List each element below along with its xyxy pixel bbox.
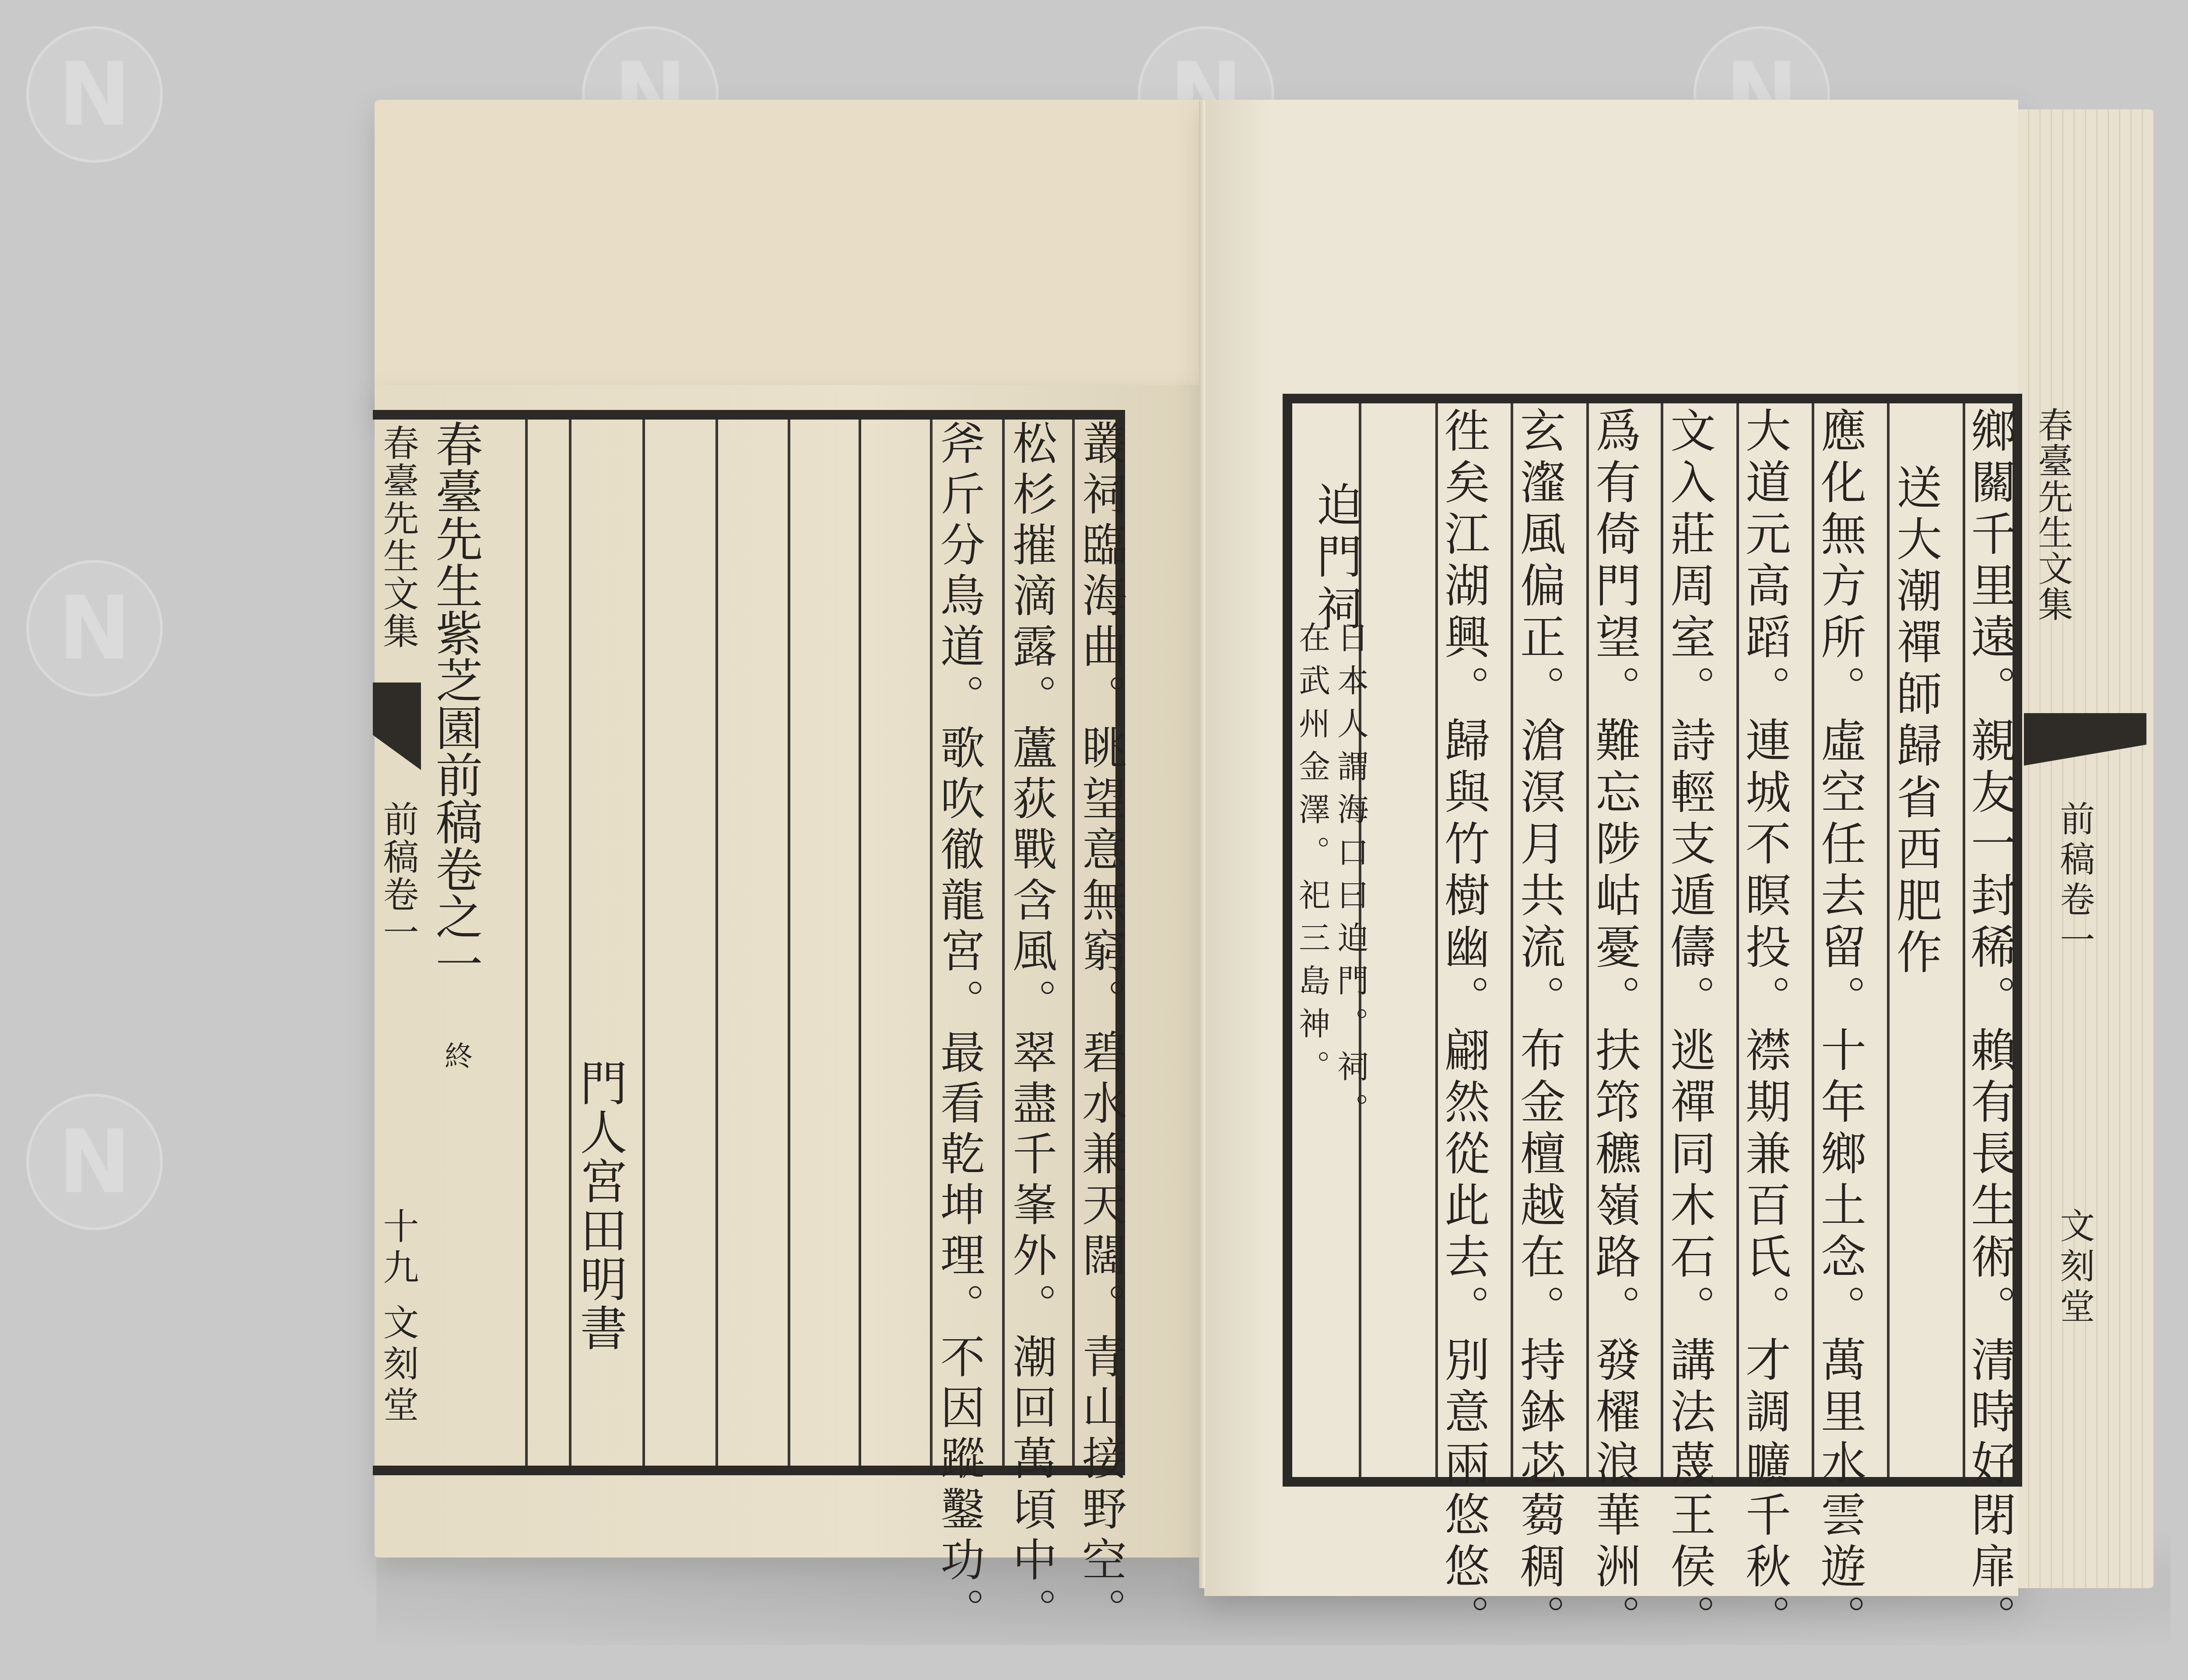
end-mark: 終 <box>442 1041 470 1074</box>
column-rule <box>525 420 528 1466</box>
gutter-volume: 前稿卷一 <box>380 801 416 951</box>
stack-title: 春臺先生文集 <box>2035 407 2070 622</box>
poem-title: 迫門祠 <box>1313 481 1358 636</box>
column-rule <box>715 420 718 1466</box>
watermark-logo-icon: N <box>26 1094 163 1230</box>
stack-publisher: 文刻堂 <box>2057 1207 2092 1328</box>
left-page-upper <box>375 100 1204 406</box>
poem-column: 斧斤分鳥道。歌吹徹龍宮。最看乾坤理。不因蹤鑿功。 <box>936 420 981 1638</box>
watermark-logo-icon: N <box>26 560 163 696</box>
end-title: 春臺先生紫芝園前稿卷之一 <box>431 420 478 987</box>
poem-column: 徃矣江湖興。歸與竹樹幽。翩然從此去。別意兩悠悠。 <box>1441 407 1486 1646</box>
column-rule <box>859 420 861 1466</box>
gutter-publisher: 文刻堂 <box>380 1304 416 1427</box>
poem-column: 文入莊周室。詩輕支遁儔。逃禪同木石。講法蔑王侯。 <box>1666 407 1712 1646</box>
poem-title: 送大潮禪師歸省西肥作 <box>1893 464 1938 980</box>
column-rule <box>642 420 645 1466</box>
poem-column: 應化無方所。虛空任去留。十年鄉土念。萬里水雲遊。 <box>1817 407 1862 1646</box>
colophon-name: 門人宮田明書 <box>575 1059 623 1353</box>
poem-column: 松杉摧滴露。蘆荻戰含風。翠盡千峯外。潮回萬頃中。 <box>1009 420 1053 1638</box>
column-rule <box>930 420 933 1466</box>
poem-column: 叢祠臨海曲。眺望意無窮。碧水兼天闊。青山接野空。 <box>1078 420 1123 1638</box>
gutter-title: 春臺先生文集 <box>380 424 416 650</box>
book-spine <box>1199 101 1205 1588</box>
annotation-note: 在武州金澤。祀三島神。 <box>1296 621 1328 1093</box>
column-rule <box>1002 420 1005 1466</box>
poem-column: 大道元高蹈。連城不瞑投。襟期兼百氏。才調曠千秋。 <box>1742 407 1787 1646</box>
gutter-page-number: 十九 <box>380 1207 416 1290</box>
column-rule <box>569 420 572 1466</box>
poem-column: 玄瀣風偏正。滄溟月共流。布金檀越在。持鉢苾蒭稠。 <box>1516 407 1562 1646</box>
stack-volume: 前稿卷一 <box>2057 801 2092 962</box>
watermark-logo-icon: N <box>26 26 163 163</box>
poem-column: 爲有倚門望。難忘陟岵憂。扶筇穮嶺路。發櫂浪華洲。 <box>1592 407 1637 1646</box>
annotation-note: 日本人謂海口曰迫門。祠。 <box>1335 621 1366 1136</box>
column-rule <box>788 420 790 1466</box>
poem-column: 鄉關千里遠。親友一封稀。賴有長生術。清時好閉扉。 <box>1967 407 2013 1646</box>
